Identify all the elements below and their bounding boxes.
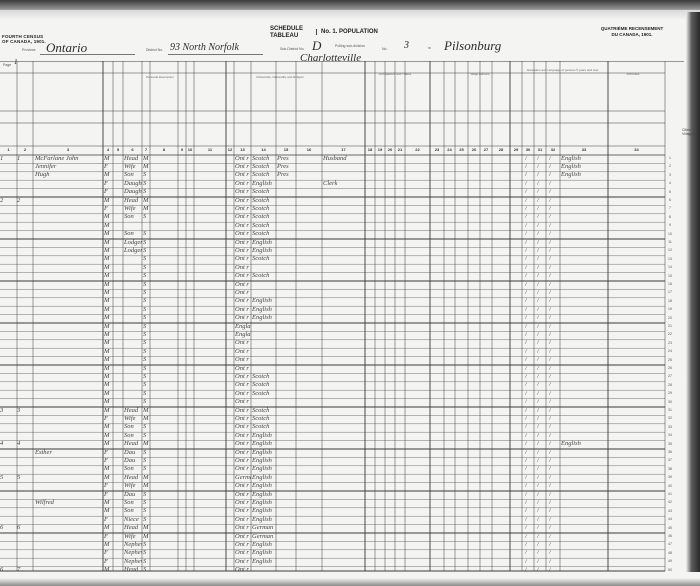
check-mark: / [549,281,551,288]
cell-st: M [143,440,150,447]
cell-born: Ont r [235,272,251,279]
check-mark: / [549,171,551,178]
check-mark: / [549,482,551,489]
line-number: 21 [665,324,675,328]
district-label: District No. [146,48,163,52]
column-number: 23 [430,147,444,152]
line-number: 3 [665,173,675,177]
cell-st: S [143,314,150,321]
check-mark: / [525,213,527,220]
check-mark: / [525,163,527,170]
check-mark: / [549,407,551,414]
check-mark: / [549,541,551,548]
check-mark: / [549,205,551,212]
scan-right-binding [686,12,700,572]
check-mark: / [537,171,539,178]
check-mark: / [525,398,527,405]
line-number: 33 [665,425,675,429]
cell-cit: English [252,449,276,456]
cell-sex: M [104,239,113,246]
cell-born: Ont r [235,155,251,162]
check-mark: / [537,449,539,456]
cell-st: S [143,491,150,498]
schedule-number: No. 1. POPULATION [316,29,378,35]
cell-rel: Daughter [124,188,142,195]
check-mark: / [537,440,539,447]
cell-st: M [143,407,150,414]
line-number: 16 [665,282,675,286]
cell-born: Ont r [235,558,251,565]
cell-fam: 6 [17,524,33,531]
cell-born: Ont r [235,482,251,489]
cell-born: Ont r [235,264,251,271]
cell-cit: Scotch [252,188,276,195]
check-mark: / [525,297,527,304]
line-number: 45 [665,526,675,530]
check-mark: / [537,197,539,204]
check-mark: / [525,482,527,489]
cell-cit: Scotch [252,230,276,237]
cell-cit: English [252,306,276,313]
cell-cit: Scotch [252,213,276,220]
line-number: 36 [665,450,675,454]
check-mark: / [549,356,551,363]
cell-st: S [143,516,150,523]
check-mark: / [537,205,539,212]
cell-cit: Scotch [252,197,276,204]
cell-born: Ont r [235,205,251,212]
cell-rel: Wife [124,163,142,170]
cell-rel: Dau [124,449,142,456]
cell-born: England [235,331,251,338]
cell-sex: M [104,373,113,380]
check-mark: / [549,457,551,464]
check-mark: / [549,432,551,439]
cell-st: S [143,423,150,430]
cell-sex: F [104,205,113,212]
column-number: 24 [444,147,455,152]
cell-st: S [143,566,150,573]
check-mark: / [537,255,539,262]
section-citizenship: Citizenship, Nationality and Religion [230,75,330,79]
line-number: 28 [665,383,675,387]
cell-born: Ont r [235,239,251,246]
cell-lang: English [561,155,608,162]
cell-born: Ont r [235,180,251,187]
cell-rel: Son [124,432,142,439]
cell-cit: German [252,533,276,540]
check-mark: / [525,306,527,313]
cell-sex: M [104,398,113,405]
cell-st: M [143,533,150,540]
cell-cit: English [252,314,276,321]
cell-dw: 3 [0,407,17,414]
line-number: 10 [665,232,675,236]
cell-sex: M [104,323,113,330]
cell-st: S [143,180,150,187]
column-number: 29 [510,147,522,152]
check-mark: / [525,239,527,246]
cell-sex: F [104,491,113,498]
cell-dw: 4 [0,440,17,447]
cell-born: Ont r [235,222,251,229]
cell-name: Esther [35,449,103,456]
cell-dw: 1 [0,155,17,162]
cell-st: M [143,474,150,481]
check-mark: / [549,306,551,313]
polling-no-label: No. [382,47,387,51]
line-number: 41 [665,492,675,496]
check-mark: / [525,440,527,447]
check-mark: / [537,213,539,220]
line-number: 14 [665,265,675,269]
cell-rel2: Pres [277,171,296,178]
check-mark: / [525,205,527,212]
column-number: 16 [296,147,322,152]
cell-st: S [143,213,150,220]
cell-born: Ont r [235,549,251,556]
line-number: 20 [665,316,675,320]
cell-born: Ont r [235,255,251,262]
cell-cit: Scotch [252,373,276,380]
cell-born: Ont r [235,314,251,321]
line-number: 4 [665,181,675,185]
cell-sex: M [104,423,113,430]
cell-cit: English [252,457,276,464]
column-number: 4 [103,147,113,152]
cell-cit: English [252,239,276,246]
right-margin-note: Cities Villages [682,128,694,136]
check-mark: / [525,507,527,514]
cell-st: M [143,163,150,170]
cell-sex: F [104,558,113,565]
column-number: 1 [0,147,17,152]
cell-born: Ont r [235,457,251,464]
cell-fam: 1 [17,155,33,162]
cell-sex: M [104,331,113,338]
cell-st: S [143,331,150,338]
column-number: 2 [17,147,33,152]
cell-sex: M [104,356,113,363]
cell-born: Ont r [235,297,251,304]
cell-dw: 6 [0,566,17,573]
cell-fam: 3 [17,407,33,414]
check-mark: / [525,247,527,254]
line-number: 37 [665,458,675,462]
check-mark: / [537,558,539,565]
cell-sex: M [104,566,113,573]
check-mark: / [549,297,551,304]
check-mark: / [537,289,539,296]
column-number: 11 [194,147,226,152]
cell-sex: M [104,247,113,254]
cell-fam: 2 [17,197,33,204]
check-mark: / [549,516,551,523]
check-mark: / [525,314,527,321]
cell-born: Ont r [235,440,251,447]
check-mark: / [525,549,527,556]
cell-name: Jennifer [35,163,103,170]
cell-cit: English [252,558,276,565]
census-grid [0,61,684,573]
check-mark: / [537,541,539,548]
polling-no-value: 3 [404,40,409,51]
cell-rel: Head [124,474,142,481]
cell-born: Ont r [235,230,251,237]
cell-st: M [143,155,150,162]
schedule-label-fr: TABLEAU [270,33,303,40]
cell-sex: M [104,390,113,397]
line-number: 26 [665,366,675,370]
check-mark: / [549,549,551,556]
check-mark: / [525,541,527,548]
check-mark: / [537,356,539,363]
check-mark: / [549,264,551,271]
cell-rel: Son [124,423,142,430]
census-heading-en: FOURTH CENSUS OF CANADA, 1901. [2,34,46,44]
check-mark: / [537,348,539,355]
cell-sex: F [104,180,113,187]
line-number: 5 [665,190,675,194]
check-mark: / [549,423,551,430]
cell-sex: M [104,255,113,262]
polling-name-label: in [428,46,431,50]
check-mark: / [525,323,527,330]
cell-cit: Scotch [252,272,276,279]
cell-dw: 6 [0,524,17,531]
cell-sex: M [104,524,113,531]
cell-born: Ont r [235,407,251,414]
check-mark: / [537,423,539,430]
line-number: 31 [665,408,675,412]
cell-born: Ont r [235,365,251,372]
province-value: Ontario [46,40,87,56]
check-mark: / [525,180,527,187]
district-value: 93 North Norfolk [170,42,239,53]
cell-rel: Son [124,499,142,506]
heading-line: OF CANADA, 1901. [2,39,46,44]
check-mark: / [537,482,539,489]
cell-cit: English [252,516,276,523]
cell-born: Ont r [235,541,251,548]
cell-sex: M [104,381,113,388]
cell-rel: Wife [124,205,142,212]
check-mark: / [549,180,551,187]
cell-sex: M [104,499,113,506]
check-mark: / [525,365,527,372]
check-mark: / [549,239,551,246]
check-mark: / [549,465,551,472]
cell-rel: Daughter [124,180,142,187]
cell-st: M [143,197,150,204]
cell-st: S [143,373,150,380]
cell-cit: English [252,482,276,489]
note-line: Villages [682,132,694,136]
cell-st: S [143,171,150,178]
check-mark: / [549,507,551,514]
check-mark: / [549,213,551,220]
cell-born: England [235,323,251,330]
cell-occ: Husband [323,155,365,162]
cell-sex: F [104,415,113,422]
cell-rel: Son [124,230,142,237]
cell-sex: M [104,213,113,220]
cell-sex: F [104,163,113,170]
cell-st: S [143,541,150,548]
check-mark: / [525,566,527,573]
cell-cit: English [252,541,276,548]
census-heading-fr: QUATRIÈME RECENSEMENT DU CANADA, 1901. [592,26,672,37]
cell-cit: German [252,524,276,531]
cell-st: S [143,264,150,271]
cell-cit: English [252,507,276,514]
line-number: 38 [665,467,675,471]
cell-born: Ont r [235,390,251,397]
column-number: 12 [226,147,234,152]
line-number: 43 [665,509,675,513]
cell-cit: English [252,180,276,187]
check-mark: / [549,255,551,262]
cell-sex: M [104,281,113,288]
district-underline [168,54,263,55]
heading-line: DU CANADA, 1901. [592,32,672,38]
cell-st: M [143,205,150,212]
cell-sex: M [104,264,113,271]
cell-born: Ont r [235,213,251,220]
column-number: 3 [33,147,103,152]
cell-st: M [143,415,150,422]
cell-st: S [143,558,150,565]
check-mark: / [537,188,539,195]
line-number: 40 [665,484,675,488]
cell-cit: English [252,440,276,447]
check-mark: / [537,432,539,439]
check-mark: / [549,155,551,162]
cell-cit: Scotch [252,222,276,229]
cell-st: S [143,499,150,506]
cell-sex: M [104,407,113,414]
check-mark: / [525,356,527,363]
cell-born: Ont r [235,247,251,254]
line-number: 24 [665,349,675,353]
check-mark: / [549,314,551,321]
cell-dw: 5 [0,474,17,481]
check-mark: / [537,533,539,540]
cell-born: Ont r [235,398,251,405]
cell-rel: Son [124,171,142,178]
cell-rel: Son [124,213,142,220]
cell-born: Ont r [235,516,251,523]
column-number: 5 [113,147,123,152]
line-number: 46 [665,534,675,538]
cell-cit: Scotch [252,171,276,178]
check-mark: / [525,423,527,430]
cell-st: S [143,398,150,405]
column-number: 34 [608,147,665,152]
cell-sex: F [104,457,113,464]
column-number: 15 [276,147,296,152]
cell-cit: English [252,432,276,439]
cell-born: Ont r [235,306,251,313]
cell-rel: Wife [124,533,142,540]
check-mark: / [537,407,539,414]
check-mark: / [537,491,539,498]
column-number: 20 [385,147,395,152]
check-mark: / [549,499,551,506]
check-mark: / [549,558,551,565]
check-mark: / [537,180,539,187]
check-mark: / [537,331,539,338]
check-mark: / [537,398,539,405]
check-mark: / [525,230,527,237]
cell-born: Ont r [235,415,251,422]
cell-sex: M [104,339,113,346]
check-mark: / [537,272,539,279]
cell-born: Ont r [235,289,251,296]
check-mark: / [549,533,551,540]
cell-born: Ont r [235,465,251,472]
cell-sex: F [104,516,113,523]
line-number: 39 [665,475,675,479]
cell-born: Ont r [235,432,251,439]
cell-occ: Clerk [323,180,365,187]
cell-sex: M [104,272,113,279]
check-mark: / [549,398,551,405]
line-number: 7 [665,206,675,210]
check-mark: / [525,188,527,195]
cell-sex: M [104,155,113,162]
cell-lang: English [561,440,608,447]
cell-st: S [143,289,150,296]
cell-rel2: Pres [277,163,296,170]
cell-st: S [143,465,150,472]
cell-st: S [143,457,150,464]
check-mark: / [525,281,527,288]
polling-name-value: Pilsonburg [444,38,501,54]
check-mark: / [537,516,539,523]
column-number: 26 [468,147,480,152]
check-mark: / [537,507,539,514]
cell-fam: 4 [17,440,33,447]
check-mark: / [525,449,527,456]
cell-st: S [143,323,150,330]
column-number: 19 [375,147,385,152]
cell-sex: F [104,482,113,489]
cell-sex: M [104,440,113,447]
check-mark: / [525,465,527,472]
check-mark: / [549,365,551,372]
cell-dw: 2 [0,197,17,204]
check-mark: / [549,415,551,422]
line-number: 49 [665,559,675,563]
cell-st: S [143,247,150,254]
cell-name: Wilfred [35,499,103,506]
check-mark: / [537,381,539,388]
check-mark: / [525,264,527,271]
line-number: 15 [665,274,675,278]
column-number: 25 [455,147,468,152]
line-number: 25 [665,358,675,362]
check-mark: / [537,230,539,237]
cell-born: Ont r [235,348,251,355]
line-number: 48 [665,551,675,555]
cell-rel: Son [124,507,142,514]
check-mark: / [525,197,527,204]
section-wage-earners: Wage Earners [440,72,520,76]
cell-rel: Dau [124,491,142,498]
check-mark: / [549,289,551,296]
line-number: 32 [665,416,675,420]
